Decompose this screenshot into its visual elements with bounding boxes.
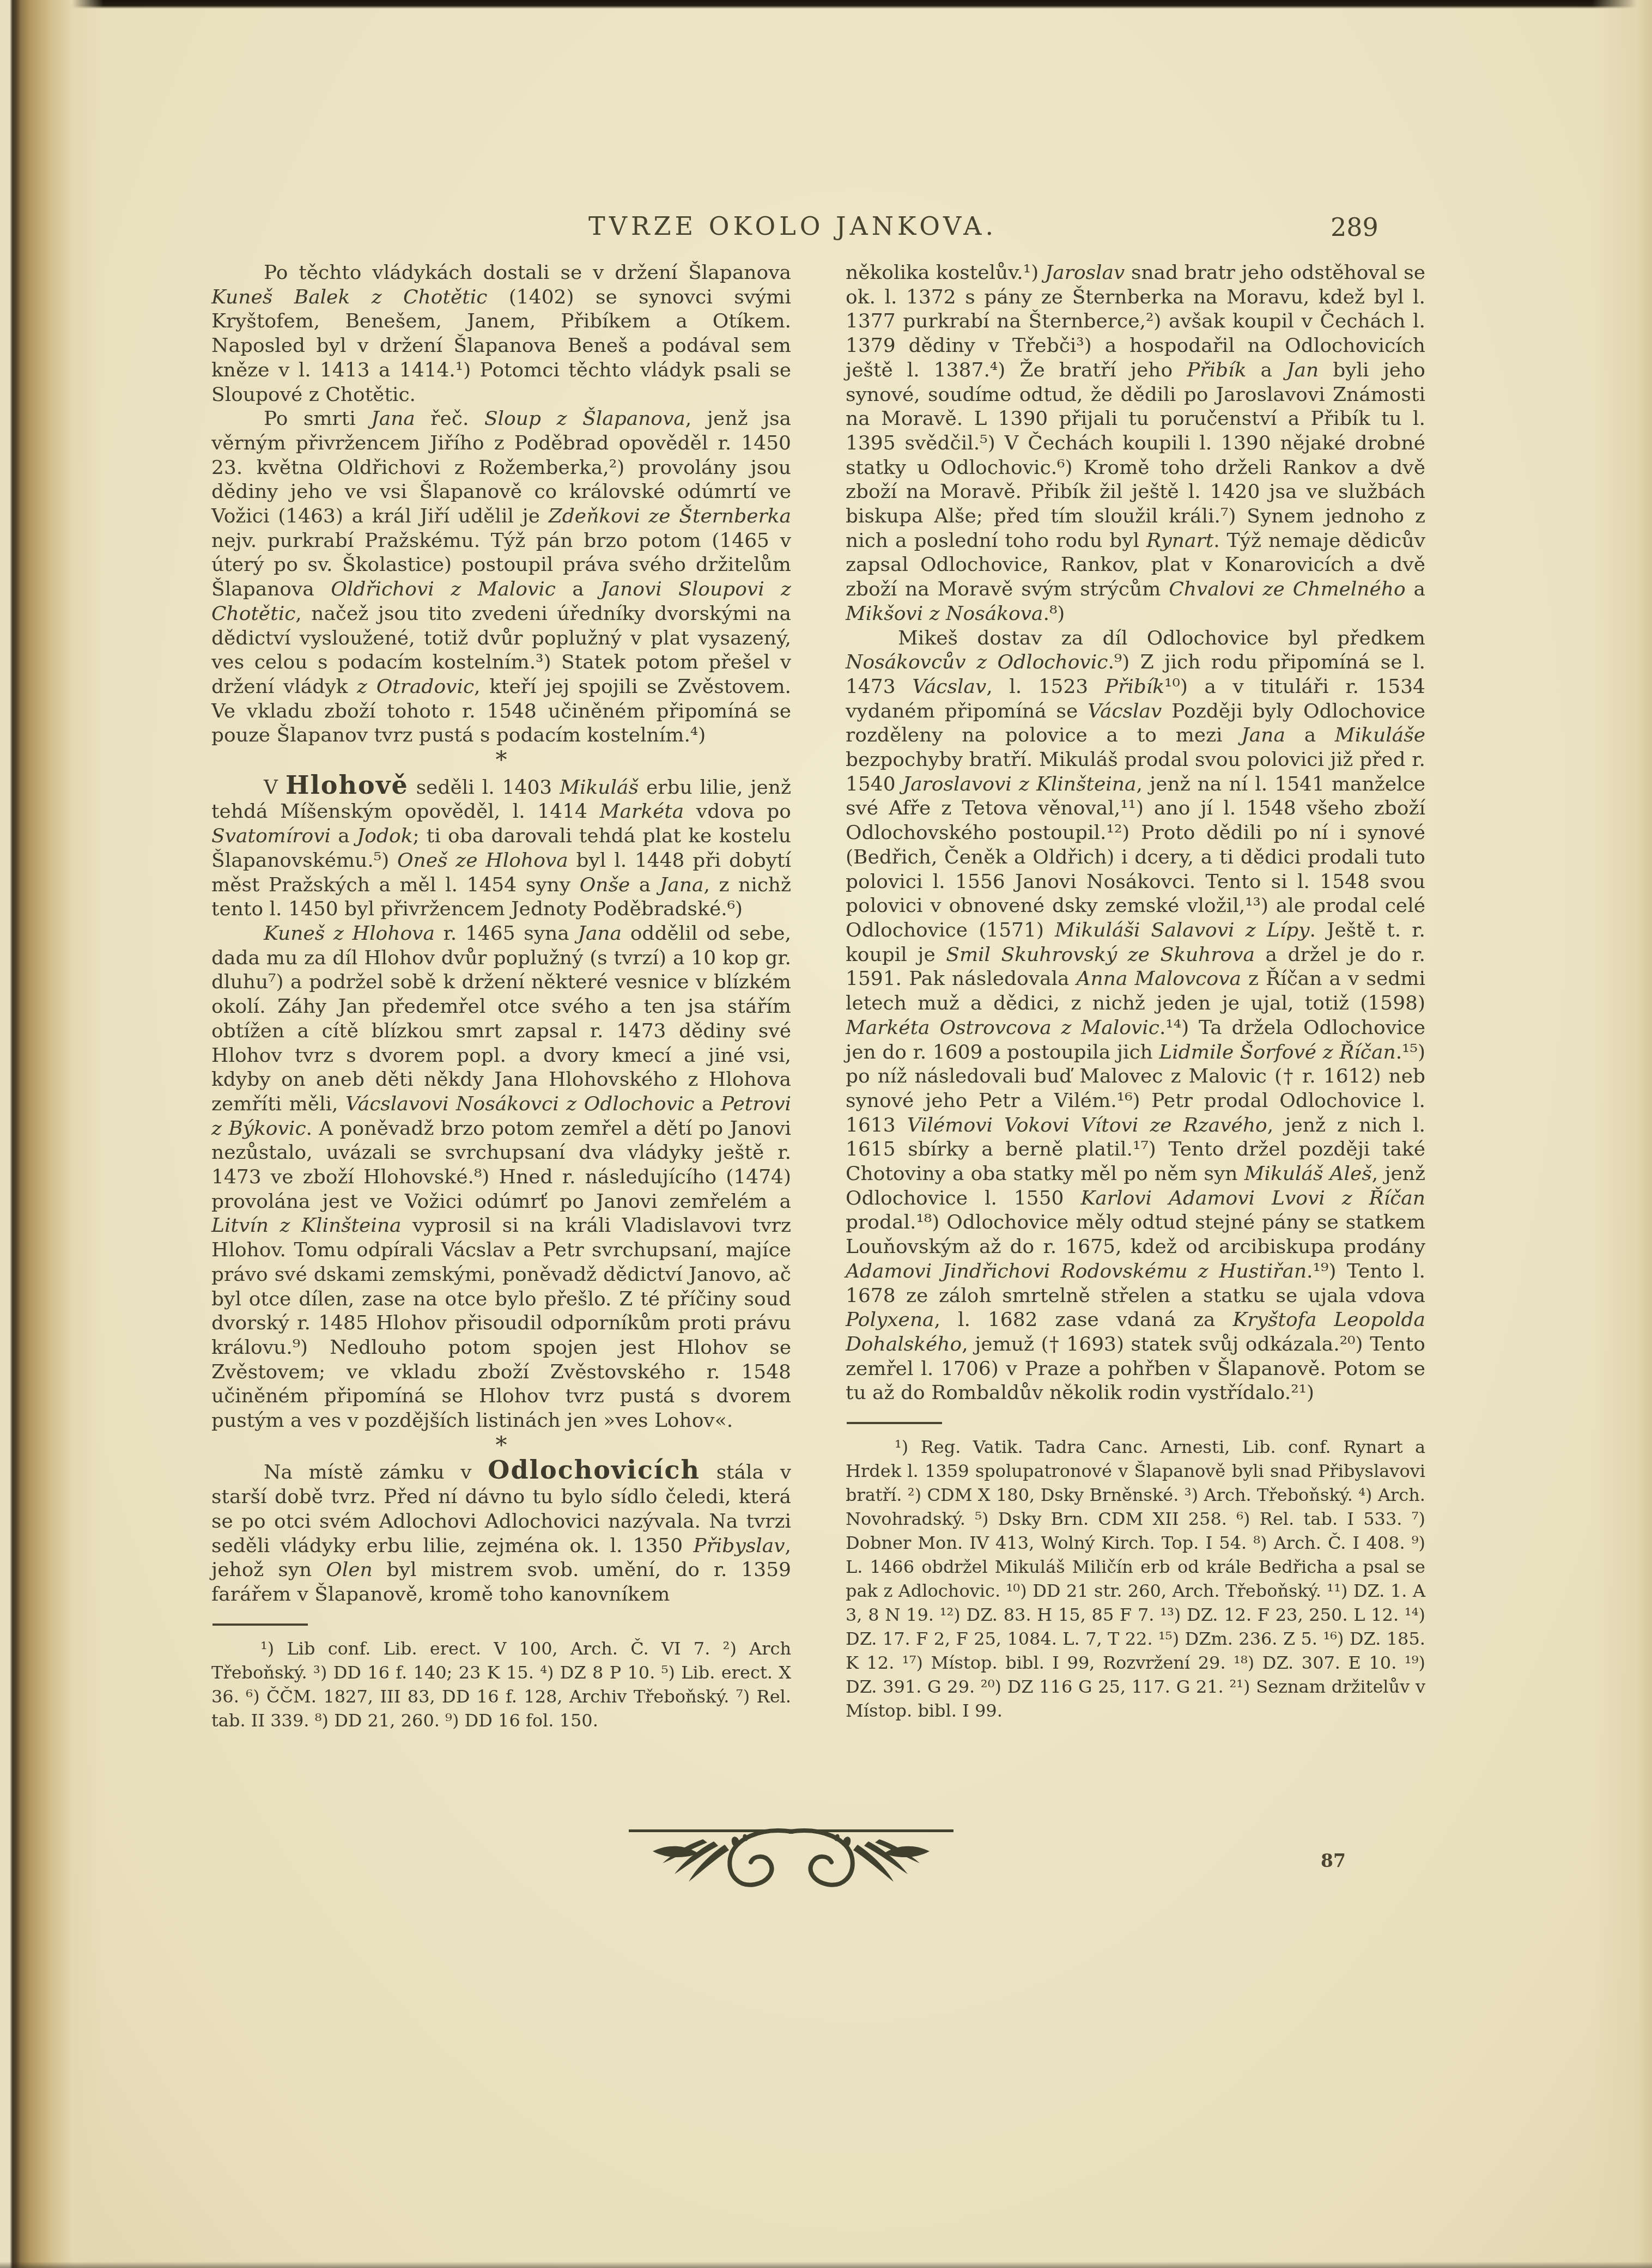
text-segment: Karlovi Adamovi Lvovi z Říčan (1080, 1187, 1425, 1209)
text-segment: a (1406, 578, 1425, 600)
footnote-rule (212, 1624, 308, 1626)
signature-mark: 87 (1321, 1850, 1346, 1871)
text-segment: Jana (578, 922, 622, 945)
text-segment: Přibyslav (693, 1535, 785, 1557)
text-segment: byli jeho synové, soudíme odtud, že dědi… (846, 359, 1425, 552)
text-segment: Litvín z Klinšteina (211, 1214, 402, 1237)
text-segment: řeč. (415, 408, 484, 430)
text-segment: Po těchto vládykách dostali se v držení … (264, 262, 791, 284)
body-paragraph: několika kostelův.¹) Jaroslav snad bratr… (846, 261, 1425, 627)
text-segment: Hlohově (286, 770, 409, 800)
text-segment: Lidmile Šorfové z Říčan (1159, 1041, 1395, 1063)
text-segment: Jana (1241, 724, 1285, 746)
text-segment: Polyxena (846, 1309, 934, 1331)
text-segment: Kuneš Balek z Chotětic (211, 286, 487, 308)
text-segment: Odlochovicích (488, 1455, 700, 1485)
text-segment: Oneš ze Hlohova (397, 849, 568, 872)
text-segment: Mikuláš Aleš (1244, 1163, 1372, 1185)
text-segment: Na místě zámku v (264, 1461, 488, 1483)
text-segment: V (264, 776, 286, 799)
text-segment: prodal.¹⁸) Odlochovice měly odtud stejné… (846, 1211, 1425, 1258)
scan-bottom-edge (0, 2261, 1652, 2268)
text-segment: Přibík (1187, 359, 1246, 381)
left-column: Po těchto vládykách dostali se v držení … (211, 261, 791, 1732)
text-segment: Vilémovi Vokovi Vítovi ze Rzavého (907, 1114, 1267, 1136)
text-segment: a (1246, 359, 1286, 381)
text-segment: Mikeš dostav za díl Odlochovice byl před… (898, 627, 1425, 649)
text-segment: Jodok (357, 825, 413, 847)
text-segment: Markéta (600, 800, 684, 823)
text-segment: Vácslav (1088, 700, 1162, 722)
body-paragraph: Mikeš dostav za díl Odlochovice byl před… (846, 627, 1425, 1406)
book-page-scan: { "page": { "header": { "title": "TVRZE … (0, 0, 1652, 2268)
page-number: 289 (1331, 212, 1407, 242)
text-segment: Rynart (1146, 530, 1213, 552)
body-paragraph: Po smrti Jana řeč. Sloup z Šlapanova, je… (211, 407, 791, 748)
text-segment: a (694, 1093, 720, 1115)
text-segment: , l. 1682 zase vdaná za (934, 1309, 1233, 1331)
text-segment: vdova po (684, 800, 791, 823)
text-segment: Jaroslav (1045, 262, 1125, 284)
text-segment: Svatomírovi (211, 825, 331, 847)
text-segment: Nosákovcův z Odlochovic (846, 651, 1108, 673)
section-separator: * (211, 748, 791, 773)
body-paragraph: Po těchto vládykách dostali se v držení … (211, 261, 791, 407)
body-paragraph: Kuneš z Hlohova r. 1465 syna Jana odděli… (211, 922, 791, 1433)
text-segment: Jana (371, 408, 415, 430)
text-segment: Vácslav (912, 676, 986, 698)
text-segment: několika kostelův.¹) (846, 262, 1045, 284)
section-separator: * (211, 1433, 791, 1458)
text-segment: Přibík (1105, 676, 1164, 698)
scan-left-gutter-shadow (0, 0, 104, 2268)
text-segment: Sloup z Šlapanova (484, 408, 685, 430)
running-head: TVRZE OKOLO JANKOVA. (185, 211, 1400, 241)
footnotes: ¹) Lib conf. Lib. erect. V 100, Arch. Č.… (211, 1637, 791, 1732)
text-segment: seděli l. 1403 (409, 776, 560, 799)
text-segment: Chvalovi ze Chmelného (1169, 578, 1406, 600)
text-segment: Vácslavovi Nosákovci z Odlochovic (345, 1093, 694, 1115)
text-segment: Kuneš z Hlohova (264, 922, 435, 945)
text-segment: Markéta Ostrovcova z Malovic (846, 1017, 1159, 1039)
footnote-rule (847, 1422, 942, 1424)
text-segment: Mikšovi z Nosákova (846, 603, 1043, 625)
text-segment: a (1285, 724, 1335, 746)
text-segment: Jana (660, 874, 704, 896)
text-segment: Po smrti (264, 408, 371, 430)
scan-top-edge (0, 0, 1652, 9)
body-paragraph: Na místě zámku v Odlochovicích stála v s… (211, 1457, 791, 1607)
text-segment: r. 1465 syna (435, 922, 578, 945)
tailpiece-flourish-ornament (628, 1824, 955, 1895)
text-segment: Adamovi Jindřichovi Rodovskému z Hustiřa… (846, 1260, 1307, 1282)
text-segment: Jaroslavovi z Klinšteina (903, 773, 1137, 795)
scan-right-edge-shadow (1592, 0, 1652, 2268)
text-segment: Mikuláši Salavovi z Lípy (1055, 919, 1309, 941)
text-segment: , jenž na ní l. 1541 manželce své Afře z… (846, 773, 1425, 941)
text-segment: z Otradovic (357, 676, 474, 698)
text-segment: Oldřichovi z Malovic (331, 578, 556, 600)
text-segment: Jan (1286, 359, 1319, 381)
text-segment: a (630, 874, 660, 896)
text-segment: a (556, 578, 600, 600)
text-segment: oddělil od sebe, dada mu za díl Hlohov d… (211, 922, 791, 1115)
body-paragraph: V Hlohově seděli l. 1403 Mikuláš erbu li… (211, 773, 791, 922)
text-segment: Onše (580, 874, 630, 896)
text-segment: vyprosil si na králi Vladislavovi tvrz H… (211, 1214, 791, 1432)
right-column: několika kostelův.¹) Jaroslav snad bratr… (846, 261, 1425, 1723)
text-segment: Olen (326, 1559, 373, 1581)
text-segment: Zdeňkovi ze Šternberka (549, 505, 791, 527)
text-segment: a (331, 825, 357, 847)
text-segment: .⁸) (1043, 603, 1065, 625)
text-segment: , l. 1523 (986, 676, 1105, 698)
text-segment: Mikuláš (560, 776, 639, 799)
text-segment: Anna Malovcova (1077, 968, 1241, 990)
footnotes: ¹) Reg. Vatik. Tadra Canc. Arnesti, Lib.… (846, 1435, 1425, 1723)
page-title: TVRZE OKOLO JANKOVA. (588, 211, 997, 241)
text-segment: Smil Skuhrovský ze Skuhrova (946, 944, 1255, 966)
text-segment: Mikuláše (1335, 724, 1425, 746)
